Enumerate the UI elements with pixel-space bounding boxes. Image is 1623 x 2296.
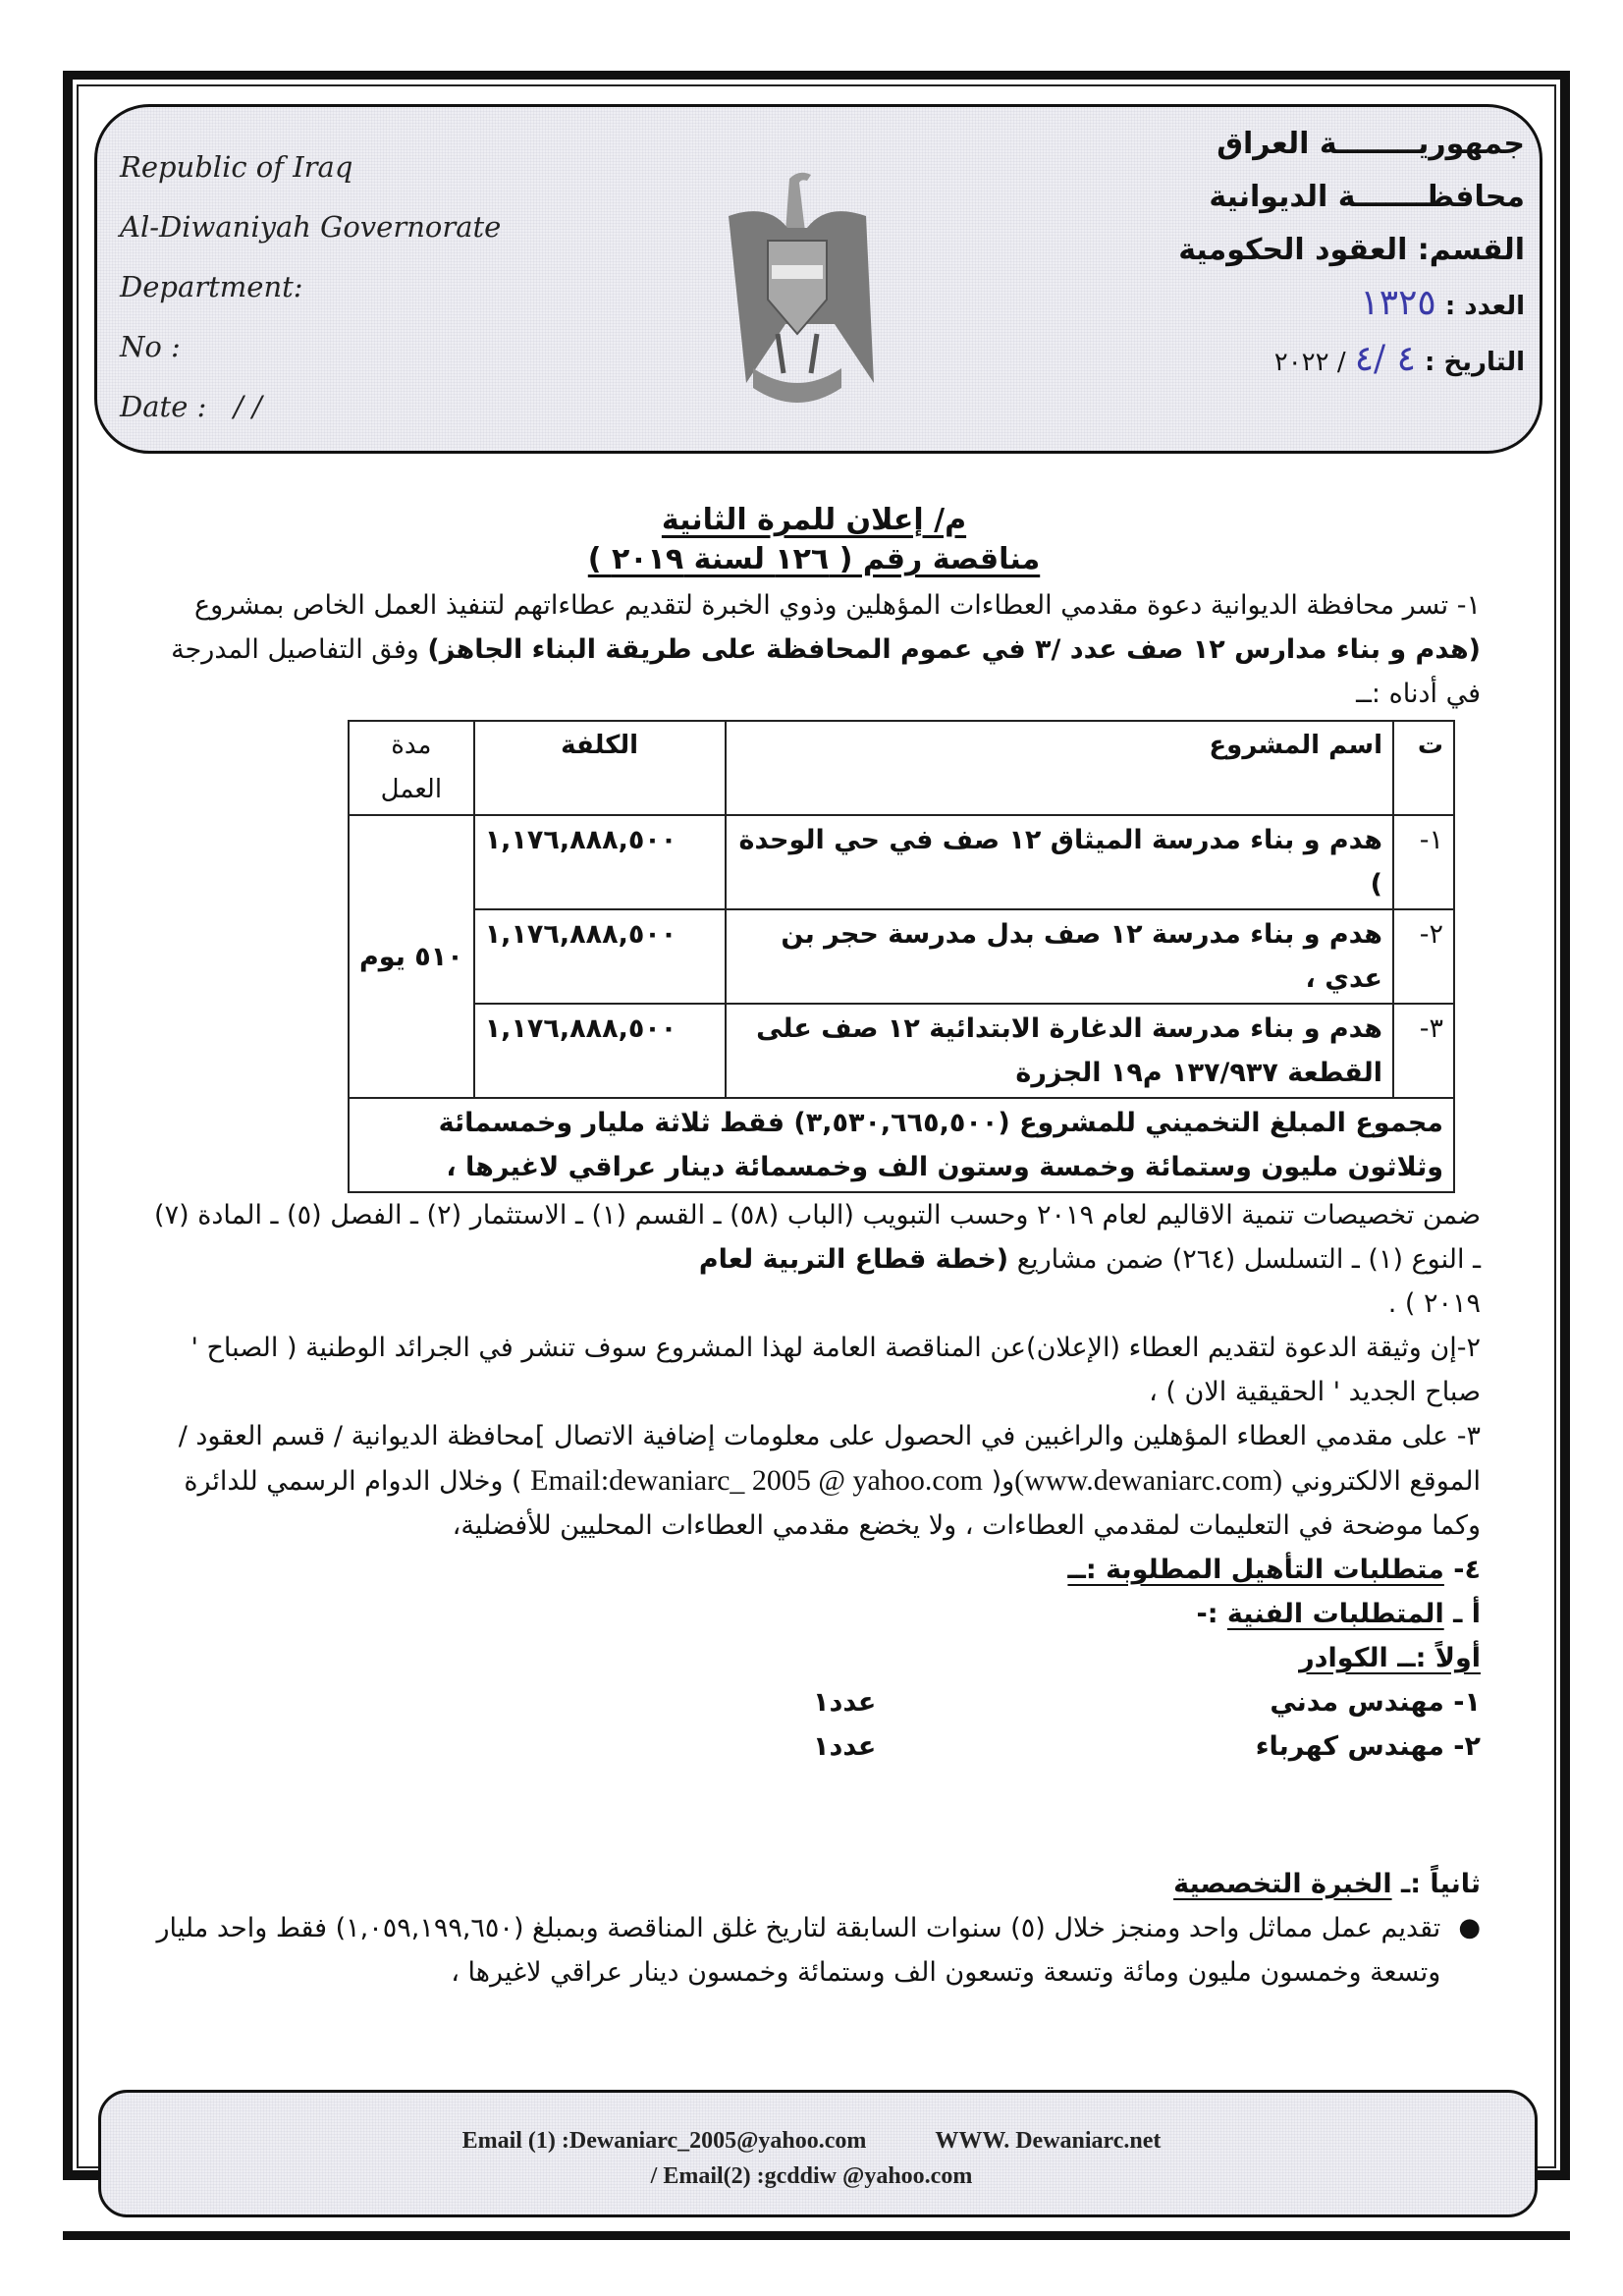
footer-email-1[interactable]: Email (1) :Dewaniarc_2005@yahoo.com [462,2128,867,2154]
table-row: ٢- هدم و بناء مدرسة ١٢ صف بدل مدرسة حجر … [349,909,1454,1004]
governorate-label: Al-Diwaniyah Governorate [120,197,501,257]
duration-cell: ٥١٠ يوم [349,815,474,1098]
engineer-item: ١- مهندس مدنيعدد١ [813,1680,1481,1724]
table-row: ١- هدم و بناء مدرسة الميثاق ١٢ صف في حي … [349,815,1454,909]
department-label-ar: القسم: العقود الحكومية [1178,224,1525,277]
section-2: ٢-إن وثيقة الدعوة لتقديم العطاء (الإعلان… [147,1326,1481,1414]
date-label: Date : [120,390,206,423]
table-total-row: مجموع المبلغ التخميني للمشروع (٣,٥٣٠,٦٦٥… [349,1098,1454,1192]
iraq-eagle-emblem-icon [699,157,895,422]
number-label-ar: العدد : [1445,292,1525,321]
announcement-title: م/ إعلان للمرة الثانية مناقصة رقم ( ١٢٦ … [147,501,1481,579]
title-line-2: مناقصة رقم ( ١٢٦ لسنة ٢٠١٩ ) [588,542,1040,576]
announcement-body: م/ إعلان للمرة الثانية مناقصة رقم ( ١٢٦ … [147,501,1481,1995]
title-line-1: م/ إعلان للمرة الثانية [662,503,966,537]
col-cost: الكلفة [474,721,726,815]
footer-email-2[interactable]: / Email(2) :gcddiw @yahoo.com [651,2163,973,2189]
section-1: ١- تسر محافظة الديوانية دعوة مقدمي العطا… [147,583,1481,716]
table-row: ٣- هدم و بناء مدرسة الدغارة الابتدائية ١… [349,1004,1454,1098]
date-label-ar: التاريخ : [1425,348,1525,377]
technical-requirements-heading: أ ـ المتطلبات الفنية :- [147,1592,1481,1636]
republic-label-ar: جمهوريــــــــة العراق [1178,118,1525,171]
col-duration: مدة العمل [349,721,474,815]
project-name: (هدم و بناء مدارس ١٢ صف عدد /٣ في عموم ا… [427,634,1481,665]
footer-contacts: Email (1) :Dewaniarc_2005@yahoo.comWWW. … [0,2123,1623,2194]
letterhead-english: Republic of Iraq Al-Diwaniyah Governorat… [120,137,501,437]
printed-year: / ٢٠٢٢ [1274,348,1346,377]
experience-heading: ثانياً :ـ الخبرة التخصصية [147,1862,1481,1906]
date-row: Date : / / [120,377,501,437]
staff-heading: أولاً :ــ الكوادر [147,1636,1481,1680]
col-name: اسم المشروع [726,721,1394,815]
date-row-ar: التاريخ : ٤ /٤ / ٢٠٢٢ [1178,333,1525,389]
number-label: No : [120,317,501,377]
table-header-row: ت اسم المشروع الكلفة مدة العمل [349,721,1454,815]
section-4-heading: ٤- متطلبات التأهيل المطلوبة :ــ [147,1548,1481,1592]
website-link[interactable]: (www.dewaniarc.com) [1014,1464,1282,1497]
footer-website[interactable]: WWW. Dewaniarc.net [935,2128,1161,2154]
date-value: / / [234,390,262,423]
bullet-icon: ● [1458,1906,1481,1995]
governorate-label-ar: محافظـــــــة الديوانية [1178,171,1525,224]
allocation-text: ضمن تخصيصات تنمية الاقاليم لعام ٢٠١٩ وحس… [147,1193,1481,1326]
email-link[interactable]: Email:dewaniarc_ 2005 @ yahoo.com [530,1464,983,1497]
republic-label: Republic of Iraq [120,137,501,197]
col-index: ت [1393,721,1454,815]
projects-table: ت اسم المشروع الكلفة مدة العمل ١- هدم و … [348,720,1455,1193]
handwritten-number: ١٣٢٥ [1360,283,1435,323]
number-row-ar: العدد : ١٣٢٥ [1178,277,1525,333]
bottom-rule [63,2231,1570,2240]
letterhead-arabic: جمهوريــــــــة العراق محافظـــــــة الد… [1178,118,1525,389]
department-label: Department: [120,257,501,317]
engineer-item: ٢- مهندس كهرباءعدد١ [813,1724,1481,1769]
experience-item: ● تقديم عمل مماثل واحد ومنجز خلال (٥) سن… [147,1906,1481,1995]
handwritten-date: ٤ /٤ [1355,339,1416,379]
section-3: ٣- على مقدمي العطاء المؤهلين والراغبين ف… [147,1414,1481,1548]
